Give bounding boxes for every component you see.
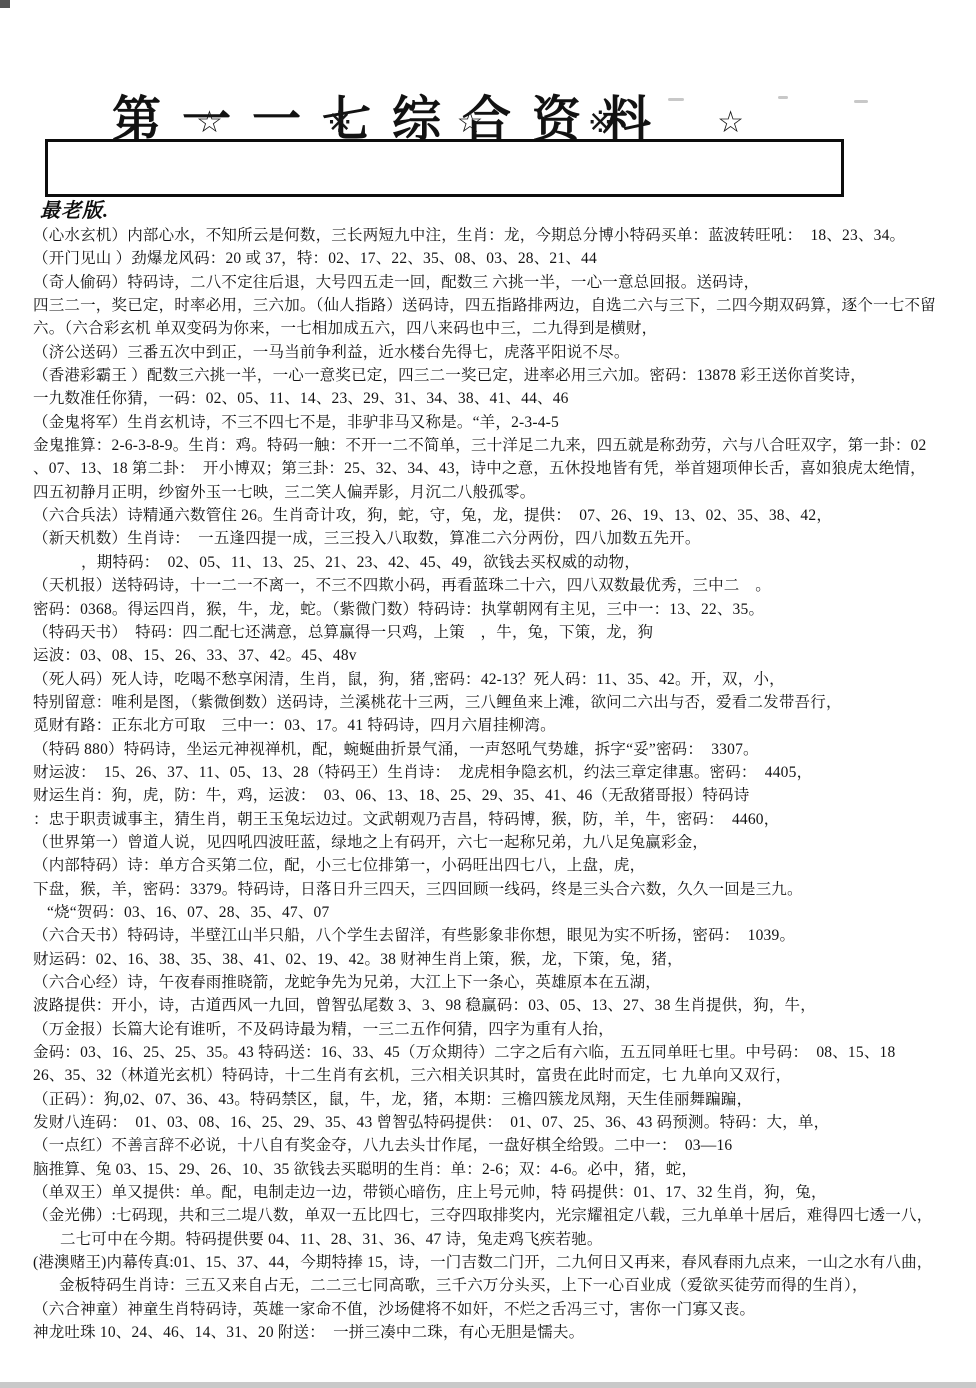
reference-mark-icon: ※ [588, 108, 613, 138]
text-line: （内部特码）诗：单方合买第二位，配，小三七位排第一，小码旺出四七八，上盘，虎， [33, 854, 973, 877]
text-line: （六合兵法）诗精通六数管住 26。生肖奇计攻，狗，蛇，守，兔，龙，提供： 07、… [33, 504, 973, 527]
scan-speck [0, 0, 10, 8]
text-line: （金光佛）:七码现，共和三二堤八数，单双一五比四七，三夺四取排奖内，光宗耀祖定八… [33, 1204, 973, 1227]
text-line: （万金报）长篇大论有谁听，不及码诗最为精，一三二五作何猜，四字为重有人抬， [33, 1018, 973, 1041]
highlight-box [45, 139, 844, 197]
text-line: “烧“贺码：03、16、07、28、35、47、07 [33, 901, 973, 924]
text-line: 、07、13、18 第二卦： 开小博双；第三卦：25、32、34、43，诗中之意… [33, 457, 973, 480]
text-line: （六合天书）特码诗，半壁江山半只船，八个学生去留洋，有些影象非你想，眼见为实不听… [33, 924, 973, 947]
text-line: （奇人偷码）特码诗，二八不定往后退，大号四五走一回，配数三 六挑一半，一心一意总… [33, 271, 973, 294]
text-line: （六合神童）神童生肖特码诗，英雄一家命不值，沙场健将不如奸，不烂之舌冯三寸，害你… [33, 1298, 973, 1321]
text-line: （世界第一）曾道人说，见四吼四波旺蓝，绿地之上有码开，六七一起称兄弟，九八足兔赢… [33, 831, 973, 854]
text-line: 波路提供：开小，诗，古道西风一九回，曾智弘尾数 3、3、98 稳赢码：03、05… [33, 994, 973, 1017]
text-line: （心水玄机）内部心水，不知所云是何数，三长两短九中注，生肖：龙，今期总分博小特码… [33, 224, 973, 247]
decoration-symbol-row: ☆ ※ ☆ ※ ☆ [196, 108, 744, 138]
text-line: （一点红）不善言辞不必说，十八自有奖金夺，八九去头廿作尾，一盘好棋全给毁。二中一… [33, 1134, 973, 1157]
text-line: 一九数准任你猜，一码：02、05、11、14、23、29、31、34、38、41… [33, 387, 973, 410]
text-line: 金板特码生肖诗：三五又来自占无，二二三七同高歌，三千六万分头买，上下一心百业成（… [33, 1274, 973, 1297]
reference-mark-icon: ※ [327, 108, 352, 138]
text-line: 脑推算、兔 03、15、29、26、10、35 欲钱去买聪明的生肖：单：2-6；… [33, 1158, 973, 1181]
text-line: 二七可中在今期。特码提供要 04、11、28、31、36、47 诗，兔走鸡飞疾若… [33, 1228, 973, 1251]
text-line: 26、35、32（林道光玄机）特码诗，十二生肖有玄机，三六相关识其时，富贵在此时… [33, 1064, 973, 1087]
text-line: 神龙吐珠 10、24、46、14、31、20 附送： 一拼三凑中二珠，有心无胆是… [33, 1321, 973, 1344]
text-line: 发财八连码： 01、03、08、16、25、29、35、43 曾智弘特码提供： … [33, 1111, 973, 1134]
text-line: 四三二一，奖已定，时率必用，三六加。（仙人指路）送码诗，四五指路排两边，自选二六… [33, 294, 973, 317]
star-icon: ☆ [196, 108, 223, 138]
text-line: 密码：0368。得运四肖，猴，牛，龙，蛇。（紫微门数）特码诗：执掌朝网有主见，三… [33, 598, 973, 621]
text-line: 觅财有路：正东北方可取 三中一：03、17。41 特码诗，四月六眉挂柳湾。 [33, 714, 973, 737]
content-lines: （心水玄机）内部心水，不知所云是何数，三长两短九中注，生肖：龙，今期总分博小特码… [33, 224, 973, 1345]
text-line: ，期特码： 02、05、11、13、25、21、23、42、45、49，欲钱去买… [33, 551, 973, 574]
text-line: （金鬼将军）生肖玄机诗，不三不四七不是，非驴非马又称是。“羊，2-3-4-5 [33, 411, 973, 434]
text-line: （正码）：狗,02、07、36、43。特码禁区，鼠，牛，龙，猪，本期：三檐四簇龙… [33, 1088, 973, 1111]
text-line: （六合心经）诗，午夜春雨推晓箭，龙蛇争先为兄弟，大江上下一条心，英雄原本在五湖， [33, 971, 973, 994]
text-line: 六。（六合彩玄机 单双变码为你来，一七相加成五六，四八来码也中三，二九得到是横财… [33, 317, 973, 340]
scan-edge-strip [0, 1382, 976, 1388]
star-icon: ☆ [457, 108, 484, 138]
text-line: (港澳赌王)内幕传真:01、15、37、44，今期特捧 15，诗，一门吉数二门开… [33, 1251, 973, 1274]
text-line: 财运生肖：狗，虎，防：牛，鸡，运波： 03、06、13、18、25、29、35、… [33, 784, 973, 807]
text-line: （香港彩霸王 ）配数三六挑一半，一心一意奖已定，四三二一奖已定，进率必用三六加。… [33, 364, 973, 387]
section-label: 最老版. [40, 194, 109, 223]
text-line: 财运波： 15、26、37、11、05、13、28（特码王）生肖诗： 龙虎相争隐… [33, 761, 973, 784]
text-line: （天机报）送特码诗，十一二一不离一，不三不四欺小码，再看蓝珠二十六，四八双数最优… [33, 574, 973, 597]
text-line: 财运码：02、16、38、35、38、41、02、19、42。38 财神生肖上策… [33, 948, 973, 971]
text-line: （济公送码）三番五次中到正，一马当前争利益，近水楼台先得七，虎落平阳说不尽。 [33, 341, 973, 364]
text-line: 特别留意：唯利是图，（紫微倒数）送码诗，兰溪桃花十三两，三八鲤鱼来上滩，欲问二六… [33, 691, 973, 714]
star-icon: ☆ [717, 108, 744, 138]
text-line: ：忠于职责诚事主，猜生肖，朝王玉兔坛边过。文武朝观乃吉昌，特码博，猴，防，羊，牛… [33, 808, 973, 831]
scan-artifact [854, 100, 868, 103]
text-line: （特码 880）特码诗，坐运元神视禅机，配，蜿蜒曲折景气涌，一声怒吼气势雄，拆字… [33, 738, 973, 761]
text-line: （开门见山 ）劲爆龙风码：20 或 37，特：02、17、22、35、08、03… [33, 247, 973, 270]
text-line: 下盘，猴，羊，密码：3379。特码诗，日落日升三四天，三四回顾一线码，终是三头合… [33, 878, 973, 901]
text-line: 金码：03、16、25、25、35。43 特码送：16、33、45（万众期待）二… [33, 1041, 973, 1064]
text-line: 运波：03、08、15、26、33、37、42。45、48v [33, 644, 973, 667]
text-line: 四五初静月正明，纱窗外玉一七映，三二笑人偏弄影，月沉二八般孤零。 [33, 481, 973, 504]
text-line: （新天机数）生肖诗： 一五逢四提一成，三三投入八取数，算准二六分两份，四八加数五… [33, 527, 973, 550]
scan-artifact [668, 98, 684, 101]
text-line: （特码天书） 特码：四二配七还满意，总算赢得一只鸡，上策 ，牛，兔，下策，龙，狗 [33, 621, 973, 644]
text-line: 金鬼推算：2-6-3-8-9。生肖：鸡。特码一触：不开一二不简单，三十洋足二九来… [33, 434, 973, 457]
scan-artifact [778, 96, 788, 99]
text-line: （单双王）单又提供：单。配，电制走边一边，带锁心暗伤，庄上号元帅，特 码提供：0… [33, 1181, 973, 1204]
text-line: （死人码）死人诗，吃喝不愁享闲清，生肖，鼠，狗，猪 ,密码：42-13？死人码：… [33, 668, 973, 691]
